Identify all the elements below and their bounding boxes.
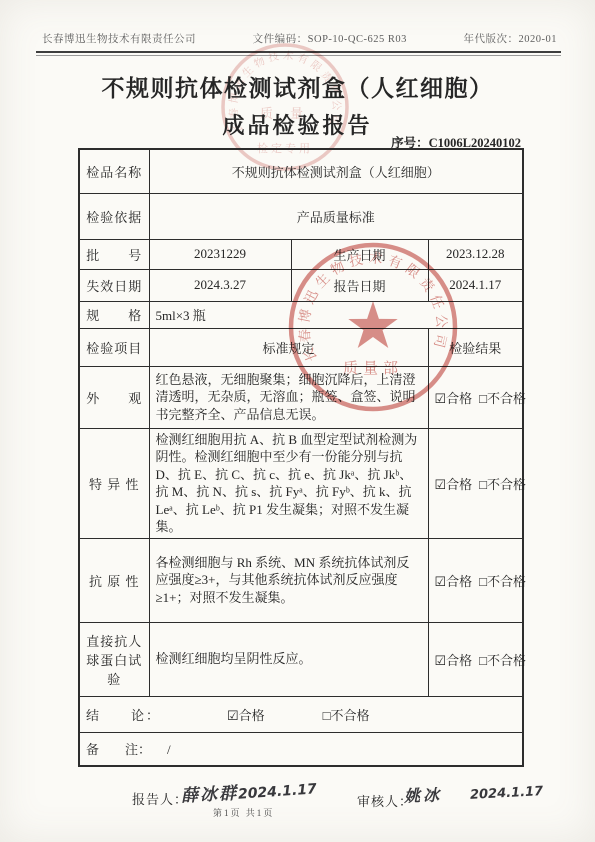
scanned-inspection-report: 长春博迅生物技术有限责任公司 文件编码：SOP-10-QC-625 R03 年代…: [0, 0, 595, 842]
report-title: 不规则抗体检测试剂盒（人红细胞） 成品检验报告: [0, 70, 595, 140]
fail-checkbox: □不合格: [479, 574, 526, 589]
expiry-value: 2024.3.27: [149, 269, 291, 301]
report-date-value: 2024.1.17: [428, 269, 523, 301]
fail-checkbox: □不合格: [479, 391, 526, 406]
basis-label: 检验依据: [79, 193, 149, 239]
reporter-signature: 薛冰群: [180, 779, 238, 807]
appearance-standard: 红色悬液，无细胞聚集；细胞沉降后，上清澄清透明，无杂质，无溶血；瓶签、盒签、说明…: [149, 366, 428, 428]
reporter-date: 2024.1.17: [238, 781, 318, 802]
appearance-item: 外 观: [79, 366, 149, 428]
reporter-label: 报告人：: [132, 789, 188, 808]
pass-checkbox: ☑合格: [435, 653, 473, 668]
mfg-date-label: 生产日期: [291, 239, 428, 269]
spec-label: 规 格: [79, 301, 149, 328]
remark-label: 备 注：: [86, 742, 151, 757]
conclusion-cell: 结 论：☑合格□不合格: [79, 696, 523, 732]
document-code: 文件编码：SOP-10-QC-625 R03: [253, 31, 407, 46]
header-rule-thin: [36, 55, 561, 56]
pass-checkbox: ☑合格: [435, 574, 473, 589]
spec-value: 5ml×3 瓶: [149, 301, 523, 328]
item-header: 检验项目: [79, 328, 149, 366]
antigenicity-result: ☑合格□不合格: [428, 538, 523, 622]
mfg-date-value: 2023.12.28: [428, 239, 523, 269]
fail-checkbox: □不合格: [479, 653, 526, 668]
specificity-item: 特 异 性: [79, 428, 149, 538]
dat-standard: 检测红细胞均呈阴性反应。: [149, 622, 428, 696]
row-spec: 规 格 5ml×3 瓶: [79, 301, 523, 328]
batch-label: 批 号: [79, 239, 149, 269]
pass-checkbox: ☑合格: [435, 391, 473, 406]
conclusion-fail-checkbox: □不合格: [323, 708, 370, 723]
report-title-line1: 不规则抗体检测试剂盒（人红细胞）: [0, 70, 595, 103]
sample-name-value: 不规则抗体检测试剂盒（人红细胞）: [149, 149, 523, 193]
company-name: 长春博迅生物技术有限责任公司: [42, 31, 196, 46]
report-date-label: 报告日期: [291, 269, 428, 301]
row-columns-header: 检验项目 标准规定 检验结果: [79, 328, 523, 366]
appearance-result: ☑合格□不合格: [428, 366, 523, 428]
dat-item: 直接抗人球蛋白试验: [79, 622, 149, 696]
inspection-table: 检品名称 不规则抗体检测试剂盒（人红细胞） 检验依据 产品质量标准 批 号 20…: [78, 148, 524, 767]
remark-value: /: [167, 742, 171, 757]
reviewer-signature: 姚冰: [404, 782, 443, 806]
dat-result: ☑合格□不合格: [428, 622, 523, 696]
page-number: 第1页 共1页: [213, 806, 274, 819]
conclusion-label: 结 论：: [86, 708, 161, 723]
row-batch: 批 号 20231229 生产日期 2023.12.28: [79, 239, 523, 269]
batch-value: 20231229: [149, 239, 291, 269]
pass-checkbox: ☑合格: [435, 477, 473, 492]
reviewer-date: 2024.1.17: [470, 784, 544, 803]
expiry-label: 失效日期: [79, 269, 149, 301]
row-conclusion: 结 论：☑合格□不合格: [79, 696, 523, 732]
document-version: 年代版次：2020-01: [464, 31, 558, 46]
row-expiry: 失效日期 2024.3.27 报告日期 2024.1.17: [79, 269, 523, 301]
specificity-standard: 检测红细胞用抗 A、抗 B 血型定型试剂检测为阴性。检测红细胞中至少有一份能分别…: [149, 428, 428, 538]
standard-header: 标准规定: [149, 328, 428, 366]
row-dat-test: 直接抗人球蛋白试验 检测红细胞均呈阴性反应。 ☑合格□不合格: [79, 622, 523, 696]
basis-value: 产品质量标准: [149, 193, 523, 239]
fail-checkbox: □不合格: [479, 477, 526, 492]
antigenicity-item: 抗 原 性: [79, 538, 149, 622]
row-remark: 备 注：/: [79, 732, 523, 766]
row-antigenicity: 抗 原 性 各检测细胞与 Rh 系统、MN 系统抗体试剂反应强度≥3+，与其他系…: [79, 538, 523, 622]
specificity-result: ☑合格□不合格: [428, 428, 523, 538]
sample-name-label: 检品名称: [79, 149, 149, 193]
row-specificity: 特 异 性 检测红细胞用抗 A、抗 B 血型定型试剂检测为阴性。检测红细胞中至少…: [79, 428, 523, 538]
remark-cell: 备 注：/: [79, 732, 523, 766]
conclusion-pass-checkbox: ☑合格: [227, 708, 265, 723]
document-header: 长春博迅生物技术有限责任公司 文件编码：SOP-10-QC-625 R03 年代…: [42, 31, 557, 46]
antigenicity-standard: 各检测细胞与 Rh 系统、MN 系统抗体试剂反应强度≥3+，与其他系统抗体试剂反…: [149, 538, 428, 622]
result-header: 检验结果: [428, 328, 523, 366]
header-rule: [36, 51, 561, 53]
row-basis: 检验依据 产品质量标准: [79, 193, 523, 239]
row-appearance: 外 观 红色悬液，无细胞聚集；细胞沉降后，上清澄清透明，无杂质，无溶血；瓶签、盒…: [79, 366, 523, 428]
row-sample-name: 检品名称 不规则抗体检测试剂盒（人红细胞）: [79, 149, 523, 193]
